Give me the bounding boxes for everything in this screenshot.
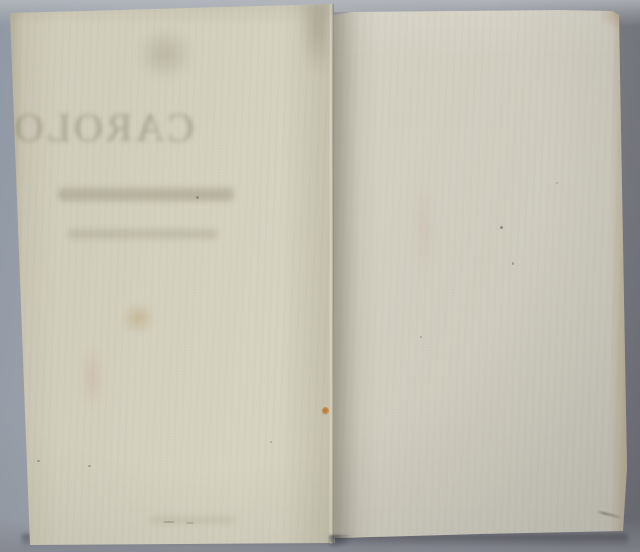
paper-speck [88,465,91,467]
showthrough-text-line [68,229,218,239]
pink-smudge [76,333,108,421]
paper-speck [512,262,514,265]
showthrough-text-line [58,188,234,201]
pink-offset-mark [410,166,438,290]
paper-speck [37,460,40,462]
paper-speck [556,182,558,184]
paper-speck [500,226,503,229]
brown-stain [116,298,160,338]
paper-speck [420,336,422,338]
paper-speck [270,441,272,443]
paper-speck [186,522,194,524]
fold-top-smudge [299,4,330,76]
fold-bottom-shadow [329,535,353,549]
paper-speck [196,196,199,199]
showthrough-title-text: CAROLO [42,106,194,150]
photo-of-antique-document: CAROLO [0,0,640,552]
fold-cast-shadow [334,12,360,536]
paper-speck [163,521,175,523]
center-fold [329,4,334,544]
foxing-spot [322,407,329,415]
showthrough-crest [136,28,194,80]
